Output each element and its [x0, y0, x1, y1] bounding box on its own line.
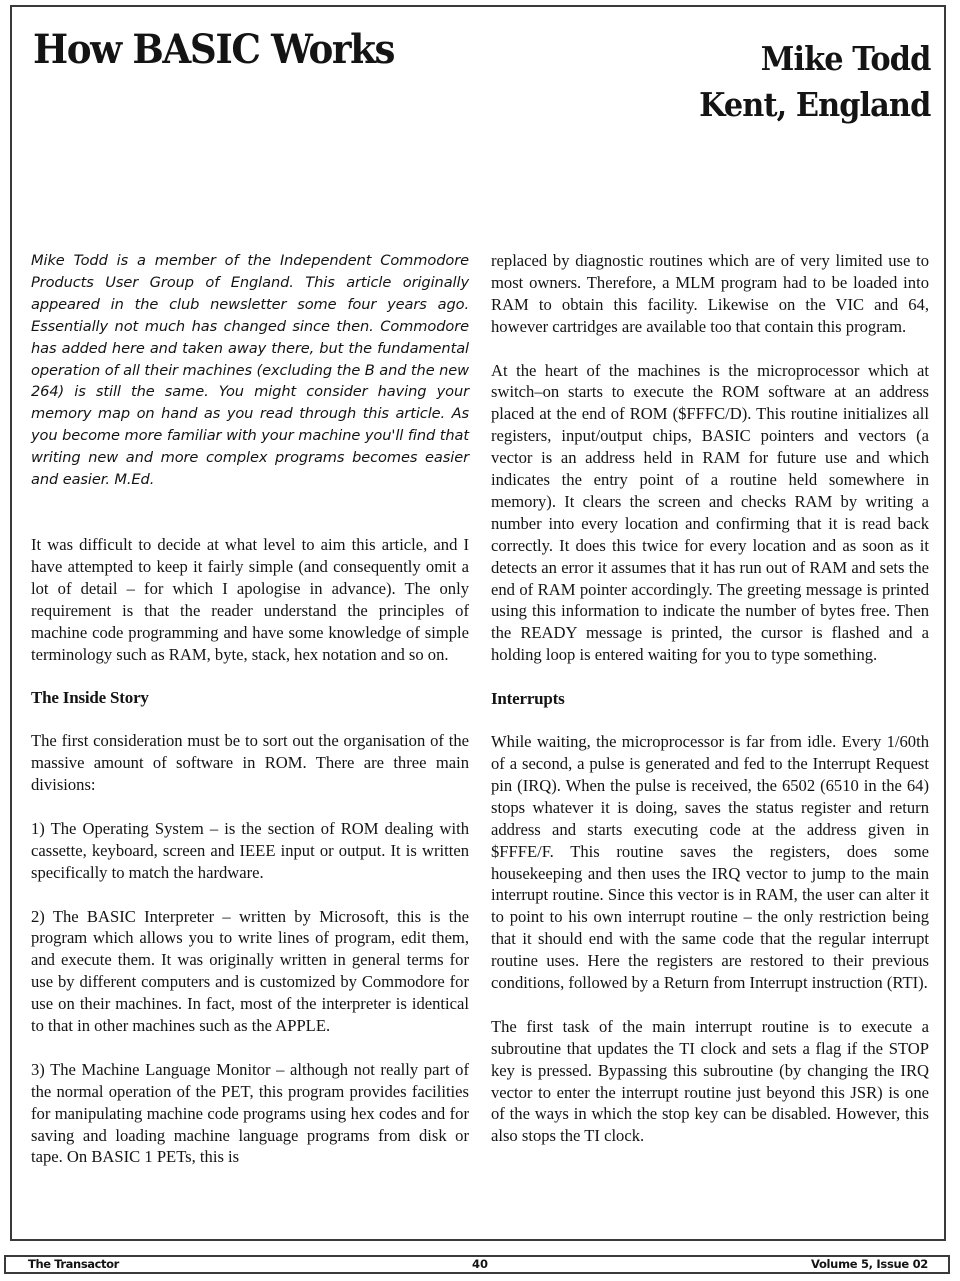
paragraph: It was difficult to decide at what level… — [31, 534, 469, 665]
section-heading-inside-story: The Inside Story — [31, 687, 469, 709]
paragraph: 1) The Operating System – is the section… — [31, 818, 469, 884]
publication-name: The Transactor — [28, 1257, 119, 1272]
paragraph: 3) The Machine Language Monitor – althou… — [31, 1059, 469, 1169]
author-name: Mike Todd — [699, 36, 930, 82]
paragraph: While waiting, the microprocessor is far… — [491, 731, 929, 994]
article-title: How BASIC Works — [33, 26, 394, 74]
editor-intro: Mike Todd is a member of the Independent… — [31, 250, 469, 491]
byline: Mike Todd Kent, England — [699, 36, 930, 128]
left-column: Mike Todd is a member of the Independent… — [31, 250, 469, 1190]
author-location: Kent, England — [699, 82, 930, 128]
section-heading-interrupts: Interrupts — [491, 688, 929, 710]
paragraph: At the heart of the machines is the micr… — [491, 360, 929, 667]
page-footer: The Transactor 40 Volume 5, Issue 02 — [4, 1255, 950, 1274]
paragraph: 2) The BASIC Interpreter – written by Mi… — [31, 906, 469, 1037]
page-number: 40 — [472, 1257, 488, 1272]
paragraph: replaced by diagnostic routines which ar… — [491, 250, 929, 338]
issue-label: Volume 5, Issue 02 — [811, 1257, 928, 1272]
paragraph: The first consideration must be to sort … — [31, 730, 469, 796]
paragraph: The first task of the main interrupt rou… — [491, 1016, 929, 1147]
right-column: replaced by diagnostic routines which ar… — [491, 250, 929, 1169]
